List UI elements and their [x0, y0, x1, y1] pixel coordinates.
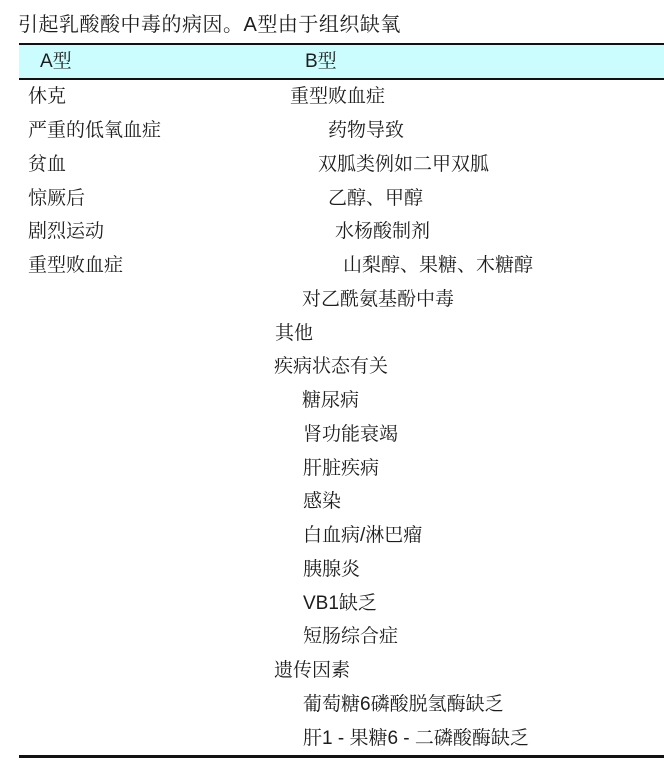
cell-type-a: 惊厥后	[19, 188, 274, 209]
cell-type-a: 重型败血症	[19, 255, 274, 276]
table-row: 白血病/淋巴瘤	[19, 519, 664, 553]
cell-type-b: 白血病/淋巴瘤	[274, 525, 664, 546]
cell-type-a: 严重的低氧血症	[19, 120, 274, 141]
cell-type-b: 双胍类例如二甲双胍	[274, 154, 664, 175]
table-row: 肝1 - 果糖6 - 二磷酸酶缺乏	[19, 721, 664, 755]
table-row: VB1缺乏	[19, 586, 664, 620]
cell-type-b: 葡萄糖6磷酸脱氢酶缺乏	[274, 694, 664, 715]
table-row: 重型败血症 山梨醇、果糖、木糖醇	[19, 249, 664, 283]
table-row: 遗传因素	[19, 654, 664, 688]
table-row: 感染	[19, 485, 664, 519]
cell-type-b: 水杨酸制剂	[274, 221, 664, 242]
cell-type-b: 糖尿病	[274, 390, 664, 411]
cell-type-b: 感染	[274, 491, 664, 512]
cell-type-b: 遗传因素	[274, 660, 664, 681]
column-header-type-b: B型	[274, 52, 664, 71]
cell-type-b: 短肠综合症	[274, 626, 664, 647]
cell-type-b: 药物导致	[274, 120, 664, 141]
table-row: 短肠综合症	[19, 620, 664, 654]
cell-type-a: 贫血	[19, 154, 274, 175]
cell-type-b: 其他	[274, 323, 664, 344]
cell-type-b: 山梨醇、果糖、木糖醇	[274, 255, 664, 276]
table-row: 胰腺炎	[19, 553, 664, 587]
table-row: 糖尿病	[19, 384, 664, 418]
cell-type-b: 肝1 - 果糖6 - 二磷酸酶缺乏	[274, 728, 664, 749]
table-header-row: A型 B型	[19, 43, 664, 80]
table-row: 疾病状态有关	[19, 350, 664, 384]
table-row: 肝脏疾病	[19, 451, 664, 485]
table-row: 严重的低氧血症 药物导致	[19, 114, 664, 148]
cell-type-b: VB1缺乏	[274, 593, 664, 614]
page-title: 引起乳酸酸中毒的病因。A型由于组织缺氧	[18, 12, 401, 38]
cell-type-b: 肾功能衰竭	[274, 424, 664, 445]
table-row: 贫血 双胍类例如二甲双胍	[19, 148, 664, 182]
table-row: 惊厥后 乙醇、甲醇	[19, 181, 664, 215]
table-row: 葡萄糖6磷酸脱氢酶缺乏	[19, 688, 664, 722]
cell-type-b: 乙醇、甲醇	[274, 188, 664, 209]
table-row: 肾功能衰竭	[19, 418, 664, 452]
cell-type-a: 剧烈运动	[19, 221, 274, 242]
table-row: 剧烈运动 水杨酸制剂	[19, 215, 664, 249]
cell-type-b: 肝脏疾病	[274, 458, 664, 479]
table-row: 其他	[19, 316, 664, 350]
cell-type-b: 胰腺炎	[274, 559, 664, 580]
table-body: 休克 重型败血症 严重的低氧血症 药物导致 贫血 双胍类例如二甲双胍 惊厥后 乙…	[19, 80, 664, 755]
table-row: 对乙酰氨基酚中毒	[19, 283, 664, 317]
cell-type-b: 对乙酰氨基酚中毒	[274, 289, 664, 310]
cell-type-b: 重型败血症	[274, 86, 664, 107]
causes-table: A型 B型 休克 重型败血症 严重的低氧血症 药物导致 贫血 双胍类例如二甲双胍…	[19, 43, 664, 758]
table-row: 休克 重型败血症	[19, 80, 664, 114]
cell-type-b: 疾病状态有关	[274, 356, 664, 377]
cell-type-a: 休克	[19, 86, 274, 107]
column-header-type-a: A型	[19, 52, 274, 71]
